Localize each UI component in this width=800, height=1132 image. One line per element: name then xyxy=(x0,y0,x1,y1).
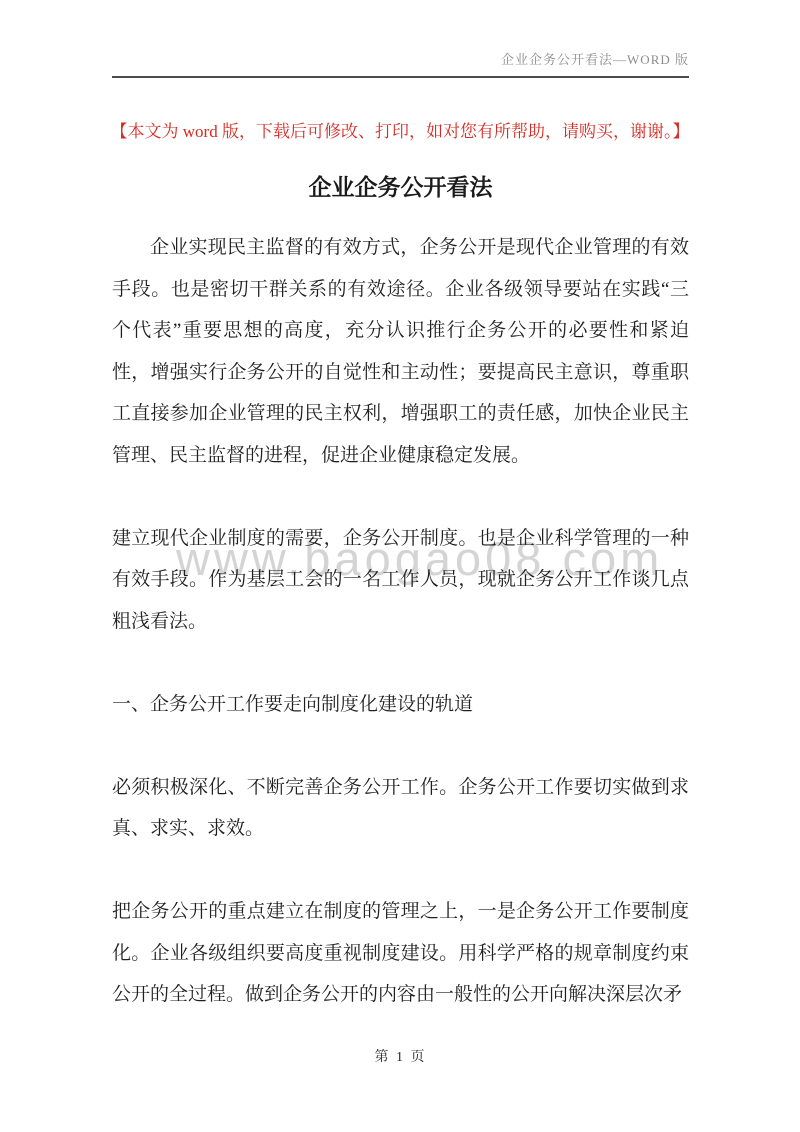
document-body: 企业实现民主监督的有效方式，企务公开是现代企业管理的有效手段。也是密切干群关系的… xyxy=(112,227,689,1057)
page-header: 企业企务公开看法—WORD 版 xyxy=(112,50,689,78)
purchase-notice: 【本文为 word 版，下载后可修改、打印，如对您有所帮助，请购买，谢谢。】 xyxy=(96,119,704,145)
paragraph-requirements: 必须积极深化、不断完善企务公开工作。企务公开工作要切实做到求真、求实、求效。 xyxy=(112,767,689,850)
header-title: 企业企务公开看法—WORD 版 xyxy=(501,52,689,67)
paragraph-purpose: 建立现代企业制度的需要，企务公开制度。也是企业科学管理的一种有效手段。作为基层工… xyxy=(112,518,689,643)
paragraph-system: 把企务公开的重点建立在制度的管理之上，一是企务公开工作要制度化。企业各级组织要高… xyxy=(112,891,689,1016)
document-page: 企业企务公开看法—WORD 版 【本文为 word 版，下载后可修改、打印，如对… xyxy=(0,0,800,1132)
paragraph-intro: 企业实现民主监督的有效方式，企务公开是现代企业管理的有效手段。也是密切干群关系的… xyxy=(112,227,689,476)
document-title: 企业企务公开看法 xyxy=(112,172,689,204)
section-heading-one: 一、企务公开工作要走向制度化建设的轨道 xyxy=(112,684,689,726)
